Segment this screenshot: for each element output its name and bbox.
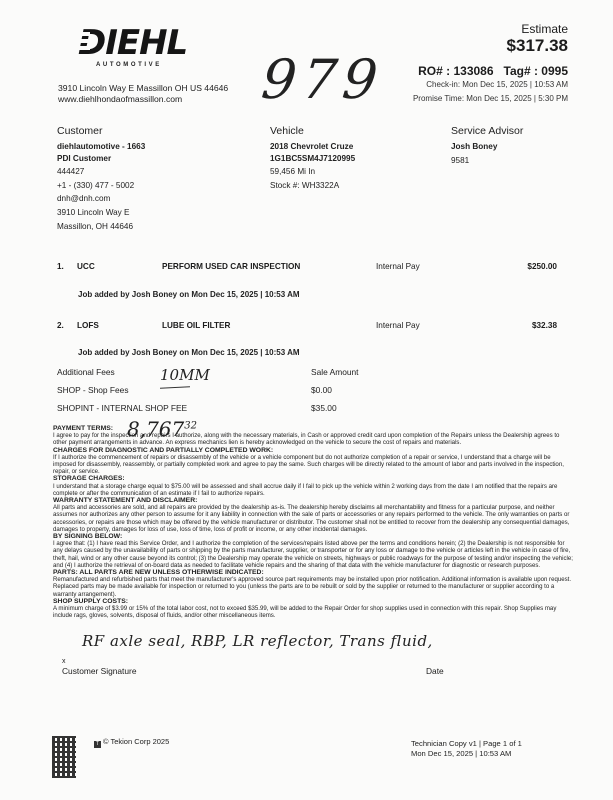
logo-speed-bars-icon bbox=[68, 32, 90, 56]
handwritten-notes: RF axle seal, RBP, LR reflector, Trans f… bbox=[82, 632, 433, 650]
dealer-address-block: 3910 Lincoln Way E Massillon OH US 44646… bbox=[58, 83, 228, 105]
job-description: LUBE OIL FILTER bbox=[162, 321, 230, 330]
advisor-name: Josh Boney bbox=[451, 141, 523, 153]
customer-section: Customer diehlautomotive - 1663 PDI Cust… bbox=[57, 125, 145, 232]
job-amount: $250.00 bbox=[527, 262, 557, 271]
terms-section: CHARGES FOR DIAGNOSTIC AND PARTIALLY COM… bbox=[53, 447, 573, 476]
customer-email: dnh@dnh.com bbox=[57, 193, 145, 205]
dealer-logo: DIEHL AUTOMOTIVE bbox=[72, 26, 192, 68]
job-added-note: Job added by Josh Boney on Mon Dec 15, 2… bbox=[78, 290, 300, 299]
terms-and-conditions: PAYMENT TERMS:I agree to pay for the ins… bbox=[53, 425, 573, 619]
logo-text: DIEHL bbox=[78, 23, 187, 63]
dealer-website: www.diehlhondaofmassillon.com bbox=[58, 94, 228, 105]
fee-label: SHOPINT - INTERNAL SHOP FEE bbox=[57, 403, 187, 413]
terms-heading: PARTS: ALL PARTS ARE NEW UNLESS OTHERWIS… bbox=[53, 569, 573, 576]
vehicle-model: 2018 Chevrolet Cruze bbox=[270, 141, 355, 153]
job-code: UCC bbox=[77, 262, 95, 271]
terms-section: BY SIGNING BELOW:I agree that: (1) I hav… bbox=[53, 533, 573, 569]
fees-header-row: Additional Fees Sale Amount bbox=[57, 367, 417, 385]
terms-text: All parts and accessories are sold, and … bbox=[53, 504, 573, 533]
job-added-note: Job added by Josh Boney on Mon Dec 15, 2… bbox=[78, 348, 300, 357]
job-number: 1. bbox=[57, 262, 64, 271]
copy-page-info: Technician Copy v1 | Page 1 of 1 bbox=[411, 739, 522, 749]
footer-print-info: Technician Copy v1 | Page 1 of 1 Mon Dec… bbox=[411, 739, 522, 759]
terms-heading: WARRANTY STATEMENT AND DISCLAIMER: bbox=[53, 497, 573, 504]
advisor-section: Service Advisor Josh Boney 9581 bbox=[451, 125, 523, 166]
customer-name: diehlautomotive - 1663 bbox=[57, 141, 145, 153]
terms-heading: CHARGES FOR DIAGNOSTIC AND PARTIALLY COM… bbox=[53, 447, 573, 454]
customer-street: 3910 Lincoln Way E bbox=[57, 207, 145, 219]
handwritten-payment-value: 8,767 bbox=[127, 417, 184, 441]
fee-label: SHOP - Shop Fees bbox=[57, 385, 129, 395]
terms-text: A minimum charge of $3.99 or 15% of the … bbox=[53, 605, 573, 619]
vehicle-heading: Vehicle bbox=[270, 125, 355, 137]
vehicle-mileage: 59,456 Mi In bbox=[270, 166, 355, 178]
additional-fees-table: Additional Fees Sale Amount SHOP - Shop … bbox=[57, 367, 417, 421]
job-pay-type: Internal Pay bbox=[376, 262, 420, 271]
job-amount: $32.38 bbox=[532, 321, 557, 330]
advisor-id: 9581 bbox=[451, 155, 523, 167]
promise-time: Promise Time: Mon Dec 15, 2025 | 5:30 PM bbox=[413, 94, 568, 103]
sale-amount-heading: Sale Amount bbox=[311, 367, 359, 377]
customer-phone: +1 - (330) 477 - 5002 bbox=[57, 180, 145, 192]
repair-order-estimate: DIEHL AUTOMOTIVE 3910 Lincoln Way E Mass… bbox=[0, 0, 613, 800]
fees-heading: Additional Fees bbox=[57, 367, 115, 377]
terms-heading: BY SIGNING BELOW: bbox=[53, 533, 573, 540]
job-description: PERFORM USED CAR INSPECTION bbox=[162, 262, 300, 271]
job-number: 2. bbox=[57, 321, 64, 330]
tekion-logo-icon: T bbox=[94, 741, 101, 748]
qr-code-icon bbox=[52, 736, 76, 778]
customer-signature-label: Customer Signature bbox=[62, 666, 136, 676]
checkin-time: Check-in: Mon Dec 15, 2025 | 10:53 AM bbox=[426, 80, 568, 89]
customer-id: 444427 bbox=[57, 166, 145, 178]
terms-heading: SHOP SUPPLY COSTS: bbox=[53, 598, 573, 605]
fee-amount: $0.00 bbox=[311, 385, 332, 395]
job-pay-type: Internal Pay bbox=[376, 321, 420, 330]
printed-timestamp: Mon Dec 15, 2025 | 10:53 AM bbox=[411, 749, 522, 759]
terms-section: PARTS: ALL PARTS ARE NEW UNLESS OTHERWIS… bbox=[53, 569, 573, 598]
vehicle-vin: 1G1BC5SM4J7120995 bbox=[270, 153, 355, 165]
handwritten-fees-note: 10MM bbox=[160, 366, 210, 384]
job-code: LOFS bbox=[77, 321, 99, 330]
terms-text: Remanufactured and refurbished parts tha… bbox=[53, 576, 573, 598]
ro-tag-number: RO# : 133086 Tag# : 0995 bbox=[418, 64, 568, 78]
fee-amount: $35.00 bbox=[311, 403, 337, 413]
fee-row: SHOP - Shop Fees $0.00 bbox=[57, 385, 417, 403]
logo-wordmark: DIEHL bbox=[72, 26, 192, 60]
advisor-heading: Service Advisor bbox=[451, 125, 523, 137]
footer-copyright: T© Tekion Corp 2025 bbox=[94, 737, 169, 748]
handwritten-number: 979 bbox=[259, 50, 386, 110]
dealer-address: 3910 Lincoln Way E Massillon OH US 44646 bbox=[58, 83, 228, 94]
fee-row: SHOPINT - INTERNAL SHOP FEE $35.00 bbox=[57, 403, 417, 421]
date-label: Date bbox=[426, 666, 444, 676]
estimate-label: Estimate bbox=[521, 22, 568, 36]
customer-city: Massillon, OH 44646 bbox=[57, 221, 145, 233]
terms-text: I understand that a storage charge equal… bbox=[53, 483, 573, 497]
vehicle-section: Vehicle 2018 Chevrolet Cruze 1G1BC5SM4J7… bbox=[270, 125, 355, 191]
vehicle-stock: Stock #: WH3322A bbox=[270, 180, 355, 192]
terms-section: WARRANTY STATEMENT AND DISCLAIMER:All pa… bbox=[53, 497, 573, 533]
customer-type: PDI Customer bbox=[57, 153, 145, 165]
terms-text: If I authorize the commencement of repai… bbox=[53, 454, 573, 476]
copyright-text: © Tekion Corp 2025 bbox=[103, 737, 169, 746]
terms-text: I agree that: (1) I have read this Servi… bbox=[53, 540, 573, 569]
terms-section: STORAGE CHARGES:I understand that a stor… bbox=[53, 475, 573, 497]
terms-section: SHOP SUPPLY COSTS:A minimum charge of $3… bbox=[53, 598, 573, 620]
handwritten-payment-note: 8,76732 bbox=[127, 417, 197, 441]
terms-heading: STORAGE CHARGES: bbox=[53, 475, 573, 482]
handwritten-payment-cents: 32 bbox=[184, 420, 197, 431]
signature-x-mark: x bbox=[62, 658, 66, 665]
estimate-total: $317.38 bbox=[507, 36, 568, 56]
customer-heading: Customer bbox=[57, 125, 145, 137]
